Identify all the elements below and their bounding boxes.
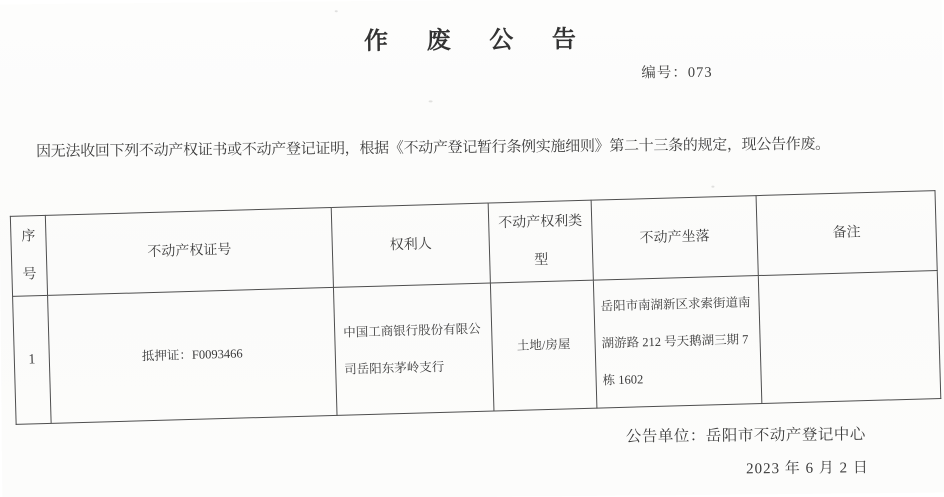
col-header-holder: 权利人 — [331, 203, 490, 287]
scan-speckle — [335, 10, 338, 12]
cell-holder: 中国工商银行股份有限公司岳阳东茅岭支行 — [333, 283, 494, 415]
cell-remark — [758, 271, 941, 404]
issuer-line: 公告单位：岳阳市不动产登记中心 — [626, 422, 866, 446]
cell-seq: 1 — [13, 295, 52, 424]
invalidation-table: 序号 不动产权证号 权利人 不动产权利类型 不动产坐落 备注 1 抵押证：F00… — [10, 190, 941, 425]
cell-location: 岳阳市南湖新区求索街道南湖游路 212 号天鹅湖三期 7 栋 1602 — [593, 276, 762, 409]
cell-cert-no: 抵押证：F0093466 — [48, 287, 337, 423]
date-line: 2023 年 6 月 2 日 — [746, 456, 869, 478]
table-row: 1 抵押证：F0093466 中国工商银行股份有限公司岳阳东茅岭支行 土地/房屋… — [13, 271, 941, 425]
scan-speckle — [711, 186, 714, 188]
col-header-right-type: 不动产权利类型 — [488, 200, 593, 283]
col-header-remark: 备注 — [756, 191, 937, 276]
notice-body-text: 因无法收回下列不动产权证书或不动产登记证明，根据《不动产登记暂行条例实施细则》第… — [36, 133, 830, 162]
scan-speckle — [429, 100, 433, 102]
doc-number: 编号：073 — [641, 61, 712, 83]
notice-title: 作 废 公 告 — [0, 15, 942, 59]
col-header-location: 不动产坐落 — [591, 196, 758, 281]
document-sheet: 作 废 公 告 编号：073 因无法收回下列不动产权证书或不动产登记证明，根据《… — [0, 0, 944, 497]
col-header-cert-no: 不动产权证号 — [45, 207, 333, 295]
col-header-seq: 序号 — [10, 215, 47, 296]
cell-right-type: 土地/房屋 — [490, 280, 597, 411]
